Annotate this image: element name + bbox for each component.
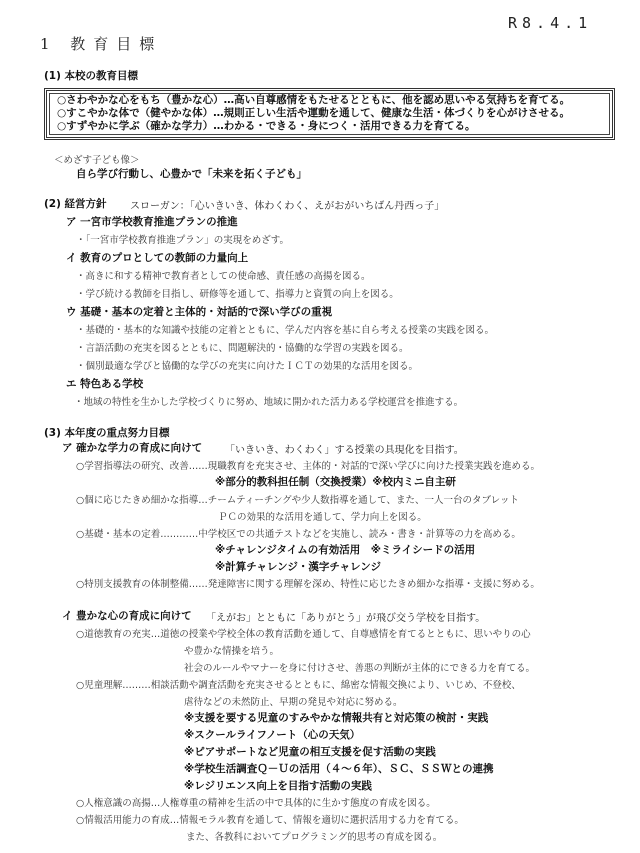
policy-c-point-3: ・個別最適な学びと協働的な学びの充実に向けたＩＣＴの効果的な活用を図る。 (76, 358, 418, 372)
section-3-heading: (3) 本年度の重点努力目標 (44, 425, 170, 440)
goal-body: ○すこやかな体で（健やかな体）…規則正しい生活や運動を通して、健康な生活・体づく… (57, 107, 602, 120)
policy-c-label: ウ 基礎・基本の定着と主体的・対話的で深い学びの重視 (66, 304, 332, 319)
focus-a-note-2: ※チャレンジタイムの有効活用 ※ミライシードの活用 (215, 542, 475, 557)
focus-b-note-3: ※ピアサポートなど児童の相互支援を促す活動の実践 (184, 744, 436, 759)
focus-a-note-3: ※計算チャレンジ・漢字チャレンジ (215, 559, 381, 574)
section-1-heading: (1) 本校の教育目標 (44, 68, 138, 83)
focus-a-line-2b: ＰＣの効果的な活用を通して、学力向上を図る。 (218, 509, 427, 523)
focus-b-line-4b: また、各教科においてプログラミング的思考の育成を図る。 (186, 829, 442, 843)
focus-a-note-1: ※部分的教科担任制（交換授業）※校内ミニ自主研 (215, 474, 456, 489)
focus-b-line-4: ○情報活用能力の育成…情報モラル教育を通して、情報を適切に選択活用する力を育てる… (76, 812, 464, 826)
policy-b-point-1: ・高きに和する精神で教育者としての使命感、責任感の高揚を図る。 (76, 268, 371, 282)
section-2-heading: (2) 経営方針 (44, 196, 107, 211)
document-date: R8.4.1 (508, 14, 592, 32)
policy-d-label: エ 特色ある学校 (66, 376, 143, 391)
focus-b-note-5: ※レジリエンス向上を目指す活動の実践 (184, 778, 372, 793)
focus-b-line-1: ○道徳教育の充実…道徳の授業や学校全体の教育活動を通して、自尊感情を育てるととも… (76, 626, 531, 640)
focus-b-line-3: ○人権意識の高揚…人権尊重の精神を生活の中で具体的に生かす態度の育成を図る。 (76, 795, 436, 809)
focus-b-label: イ 豊かな心の育成に向けて (62, 608, 192, 623)
policy-a-point: ・「一宮市学校教育推進プラン」の実現をめざす。 (76, 232, 289, 246)
focus-b-note-2: ※スクールライフノート（心の天気） (184, 727, 360, 742)
policy-b-point-2: ・学び続ける教師を目指し、研修等を通して、指導力と資質の向上を図る。 (76, 286, 399, 300)
school-goals-box: ○さわやかな心をもち（豊かな心）…高い自尊感情をもたせるとともに、他を認め思いや… (44, 88, 615, 140)
policy-c-point-2: ・言語活動の充実を図るとともに、問題解決的・協働的な学習の実践を図る。 (76, 340, 409, 354)
focus-b-line-1b: や豊かな情操を培う。 (184, 643, 279, 657)
policy-d-point: ・地域の特性を生かした学校づくりに努め、地域に開かれた活力ある学校運営を推進する… (74, 394, 463, 408)
focus-a-line-2: ○個に応じたきめ細かな指導…チームティーチングや少人数指導を通して、また、一人一… (76, 492, 519, 506)
policy-b-label: イ 教育のプロとしての教師の力量向上 (66, 250, 248, 265)
focus-b-line-2b: 虐待などの未然防止、早期の発見や対応に努める。 (184, 694, 403, 708)
policy-c-point-1: ・基礎的・基本的な知識や技能の定着とともに、学んだ内容を基に自ら考える授業の実践… (76, 322, 494, 336)
focus-b-line-1c: 社会のルールやマナーを身に付けさせ、善悪の判断が主体的にできる力を育てる。 (184, 660, 535, 674)
focus-a-line-3: ○基礎・基本の定着…………中学校区での共通テストなどを実施し、読み・書き・計算等… (76, 526, 521, 540)
focus-a-aim: 「いきいき、わくわく」する授業の具現化を目指す。 (225, 441, 464, 456)
focus-a-line-4: ○特別支援教育の体制整備……発達障害に関する理解を深め、特性に応じたきめ細かな指… (76, 576, 540, 590)
ideal-child-text: 自ら学び行動し、心豊かで「未来を拓く子ども」 (76, 166, 307, 181)
page-title: 1 教育目標 (40, 33, 162, 54)
focus-a-label: ア 確かな学力の育成に向けて (62, 440, 202, 455)
goal-learning: ○すずやかに学ぶ（確かな学力）…わかる・できる・身につく・活用できる力を育てる。 (57, 120, 602, 133)
policy-a-label: ア 一宮市学校教育推進プランの推進 (66, 214, 238, 229)
focus-b-note-4: ※学校生活調査Ｑ－Ｕの活用（４～６年）、ＳＣ、ＳＳＷとの連携 (184, 761, 493, 776)
goal-heart: ○さわやかな心をもち（豊かな心）…高い自尊感情をもたせるとともに、他を認め思いや… (57, 94, 602, 107)
focus-b-aim: 「えがお」とともに「ありがとう」が飛び交う学校を目指す。 (206, 609, 485, 624)
slogan: スローガン：「心いきいき、体わくわく、えがおがいちばん丹西っ子」 (130, 197, 444, 212)
focus-b-note-1: ※支援を要する児童のすみやかな情報共有と対応策の検討・実践 (184, 710, 488, 725)
focus-b-line-2: ○児童理解………相談活動や調査活動を充実させるとともに、綿密な情報交換により、い… (76, 677, 521, 691)
ideal-child-label: ＜めざす子ども像＞ (54, 152, 140, 166)
focus-a-line-1: ○学習指導法の研究、改善……現職教育を充実させ、主体的・対話的で深い学びに向けた… (76, 458, 540, 472)
